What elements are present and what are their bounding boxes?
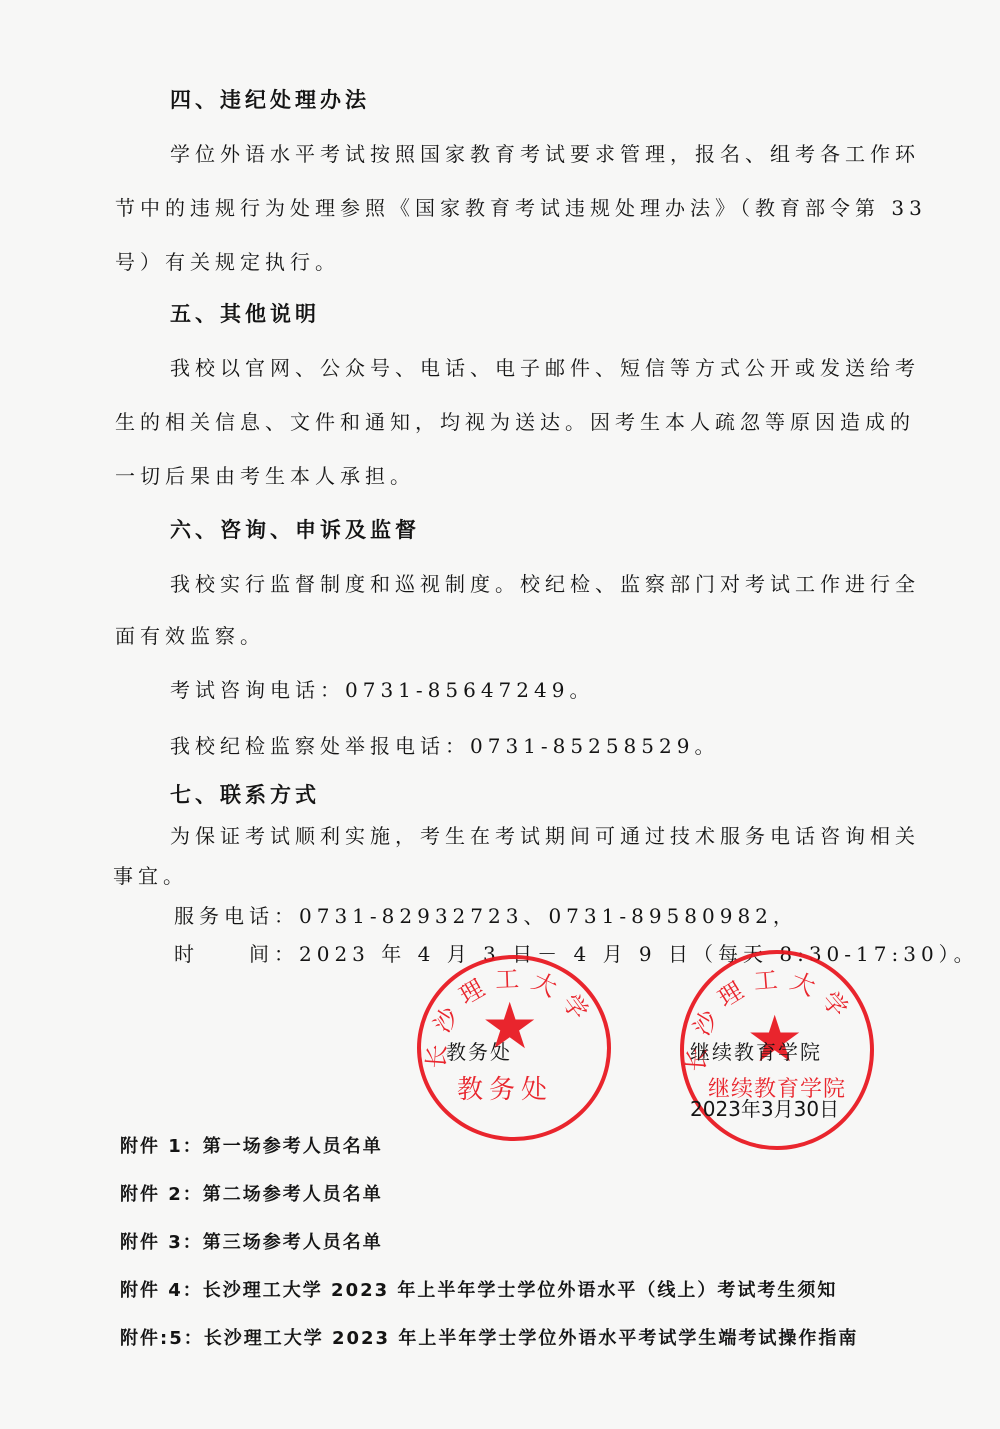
attachment-link-2[interactable]: 附件 2：第二场参考人员名单 <box>120 1183 383 1207</box>
signature-date: 2023年3月30日 <box>690 1097 839 1121</box>
paragraph-line: 我校实行监督制度和巡视制度。校纪检、监察部门对考试工作进行全 <box>170 572 920 596</box>
section-heading-5: 五、其他说明 <box>170 302 320 326</box>
paragraph-line: 生的相关信息、文件和通知，均视为送达。因考生本人疏忽等原因造成的 <box>115 410 915 434</box>
paragraph-line: 学位外语水平考试按照国家教育考试要求管理，报名、组考各工作环 <box>170 142 920 166</box>
attachment-link-4[interactable]: 附件 4：长沙理工大学 2023 年上半年学士学位外语水平（线上）考试考生须知 <box>120 1279 837 1303</box>
attachment-link-1[interactable]: 附件 1：第一场参考人员名单 <box>120 1135 383 1159</box>
paragraph-line: 一切后果由考生本人承担。 <box>115 464 415 488</box>
paragraph-line: 事宜。 <box>113 864 188 888</box>
paragraph-line: 面有效监察。 <box>115 624 265 648</box>
report-phone: 我校纪检监察处举报电话：0731-85258529。 <box>170 734 719 758</box>
signature-continuing-education: 继续教育学院 <box>690 1040 822 1064</box>
paragraph-line: 节中的违规行为处理参照《国家教育考试违规处理办法》（教育部令第 33 <box>115 196 927 220</box>
section-heading-6: 六、咨询、申诉及监督 <box>170 518 420 542</box>
inquiry-phone: 考试咨询电话：0731-85647249。 <box>170 678 594 702</box>
signature-academic-affairs: 教务处 <box>446 1040 512 1064</box>
stamp-dept-text: 教务处 <box>457 1069 553 1106</box>
section-heading-7: 七、联系方式 <box>170 783 320 807</box>
service-phone: 服务电话：0731-82932723、0731-89580982， <box>174 904 798 928</box>
attachment-link-3[interactable]: 附件 3：第三场参考人员名单 <box>120 1231 383 1255</box>
attachment-link-5[interactable]: 附件:5：长沙理工大学 2023 年上半年学士学位外语水平考试学生端考试操作指南 <box>120 1327 858 1351</box>
paragraph-line: 为保证考试顺利实施，考生在考试期间可通过技术服务电话咨询相关 <box>170 824 920 848</box>
paragraph-line: 我校以官网、公众号、电话、电子邮件、短信等方式公开或发送给考 <box>170 356 920 380</box>
section-heading-4: 四、违纪处理办法 <box>170 88 370 112</box>
paragraph-line: 号）有关规定执行。 <box>115 250 340 274</box>
